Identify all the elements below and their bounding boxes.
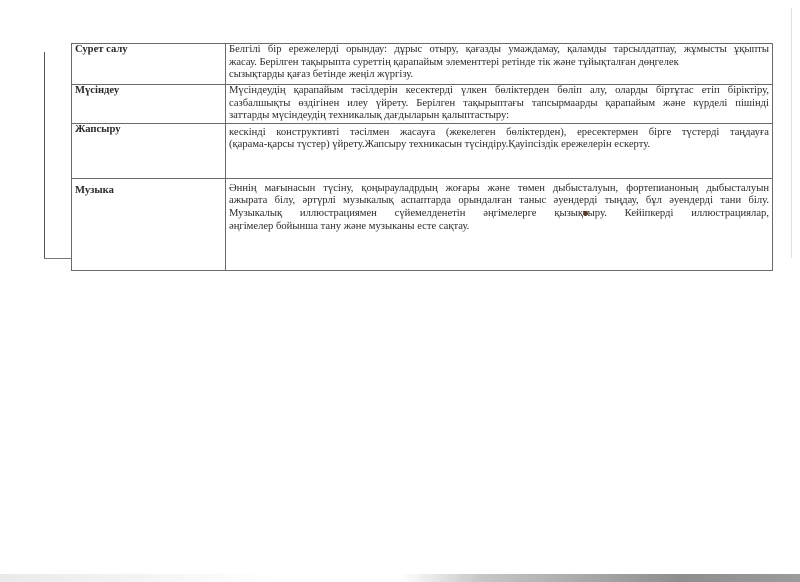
description-line: жасау. Берілген тақырыпта суреттің қарап… (229, 57, 769, 70)
description-line: әңгімелер бойынша тану және музыканы ест… (229, 221, 769, 234)
description-line: Әннің мағынасын түсіну, қоңырауладрдың ж… (229, 183, 769, 196)
description-line: кескінді конструктивті тәсілмен жасауға … (229, 127, 769, 140)
table-row: Мүсіндеу Мүсіндеудің қарапайым тәсілдері… (72, 85, 773, 124)
description-line: сызықтарды қағаз бетінде жеңіл жүргізу. (229, 69, 769, 82)
subject-label: Мүсіндеу (72, 85, 226, 124)
table-row: Сурет салу Белгілі бір ережелерді орында… (72, 44, 773, 85)
description-line: Белгілі бір ережелерді орындау: дұрыс от… (229, 44, 769, 57)
subject-label: Музыка (72, 178, 226, 270)
ink-spot (583, 211, 588, 216)
scanned-page: Сурет салу Белгілі бір ережелерді орында… (0, 0, 800, 582)
subject-description: Әннің мағынасын түсіну, қоңырауладрдың ж… (226, 178, 773, 270)
table-row: Музыка Әннің мағынасын түсіну, қоңыраула… (72, 178, 773, 270)
subject-label: Сурет салу (72, 44, 226, 85)
outer-table-left-border (44, 52, 45, 259)
subjects-table: Сурет салу Белгілі бір ережелерді орында… (71, 43, 773, 271)
outer-table-bottom-border (44, 258, 72, 259)
subject-label: Жапсыру (72, 123, 226, 178)
scan-bottom-shadow (0, 574, 800, 582)
subject-description: Мүсіндеудің қарапайым тәсілдерін кесекте… (226, 85, 773, 124)
description-line: Музыкалық иллюстрациямен сүйемелденетін … (229, 208, 769, 221)
description-line: ажырата білу, әртүрлі музыкалық аспаптар… (229, 195, 769, 208)
subject-description: кескінді конструктивті тәсілмен жасауға … (226, 123, 773, 178)
description-line: сазбалшықты өздігінен илеу үйрету. Беріл… (229, 98, 769, 111)
description-line: заттарды мүсіндеудің техникалық дағдылар… (229, 110, 769, 123)
description-line: (қарама-қарсы түстер) үйрету.Жапсыру тех… (229, 139, 769, 152)
description-line: Мүсіндеудің қарапайым тәсілдерін кесекте… (229, 85, 769, 98)
table-row: Жапсыру кескінді конструктивті тәсілмен … (72, 123, 773, 178)
subject-description: Белгілі бір ережелерді орындау: дұрыс от… (226, 44, 773, 85)
scan-edge-line (791, 8, 792, 258)
